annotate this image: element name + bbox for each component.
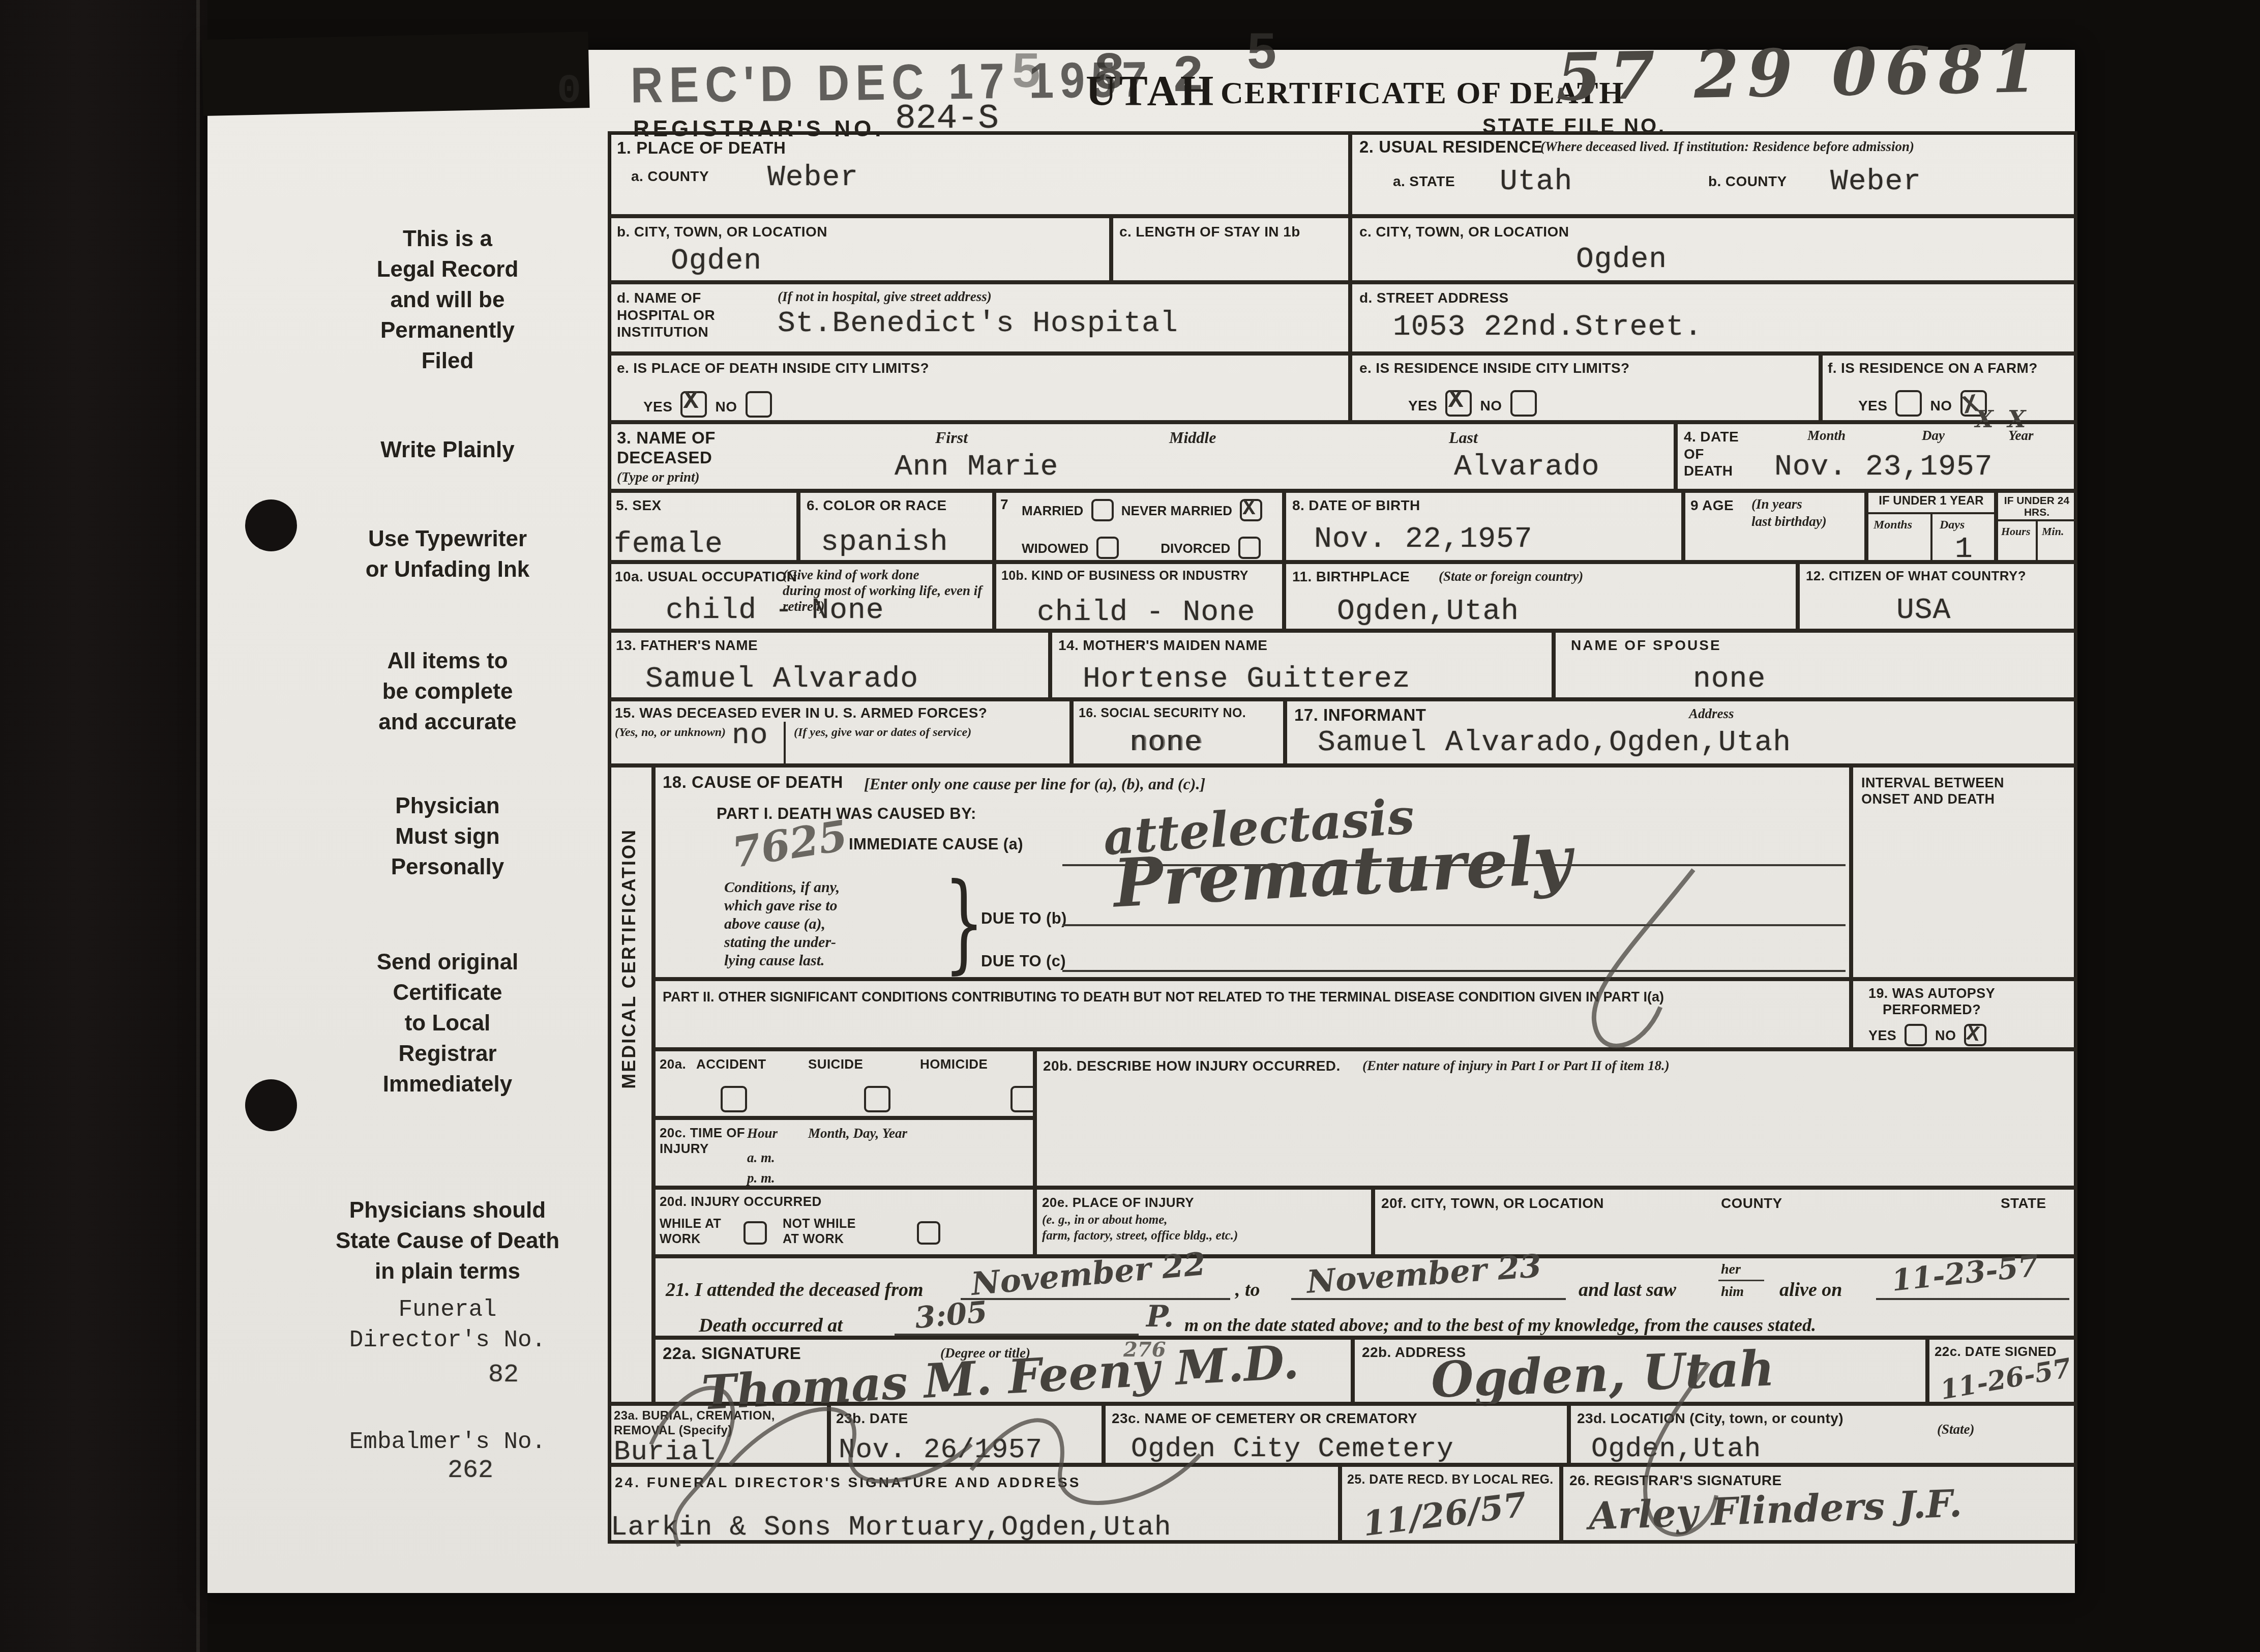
date-of-death-label: 4. DATE OF DEATH bbox=[1684, 428, 1739, 480]
age-hint: (In years last birthday) bbox=[1751, 496, 1827, 530]
interval-label: INTERVAL BETWEEN ONSET AND DEATH bbox=[1861, 775, 2004, 808]
place-limits-no-checkbox bbox=[746, 391, 772, 418]
place-limits-no-label: NO bbox=[716, 399, 737, 415]
injury-20f-label: 20f. CITY, TOWN, OR LOCATION bbox=[1381, 1195, 1604, 1212]
place-city-value: Ogden bbox=[671, 246, 762, 277]
field-name-of-deceased: 3. NAME OF DECEASED (Type or print) Firs… bbox=[608, 422, 1676, 491]
margin-note-legal-record: This is a Legal Record and will be Perma… bbox=[285, 224, 610, 376]
field-ssn: 16. SOCIAL SECURITY NO. none bbox=[1072, 699, 1285, 765]
her-label: her bbox=[1721, 1262, 1741, 1277]
suicide-label: SUICIDE bbox=[808, 1056, 863, 1072]
stamp-overstruck-5: 5 bbox=[1011, 49, 1042, 100]
margin-note-send-original: Send original Certificate to Local Regis… bbox=[285, 947, 610, 1100]
place-limits-yes-checkbox: X bbox=[680, 391, 707, 418]
informant-label: 17. INFORMANT bbox=[1294, 705, 1426, 725]
divorced-checkbox bbox=[1238, 537, 1261, 559]
autopsy-yes-label: YES bbox=[1868, 1028, 1896, 1043]
field-injury-occurred: 20d. INJURY OCCURRED WHILE AT WORK NOT W… bbox=[653, 1188, 1035, 1256]
field-accident-suicide-homicide: 20a. ACCIDENT SUICIDE HOMICIDE bbox=[653, 1049, 1035, 1118]
while-at-work-checkbox bbox=[744, 1221, 767, 1245]
sex-label: 5. SEX bbox=[616, 497, 662, 514]
usual-residence-hint: (Where deceased lived. If institution: R… bbox=[1540, 138, 1914, 156]
field-marital-status: 7 MARRIED NEVER MARRIED X WIDOWED DIVORC… bbox=[994, 491, 1284, 562]
days-label: Days bbox=[1940, 517, 1965, 533]
residence-city-label: c. CITY, TOWN, OR LOCATION bbox=[1359, 223, 1569, 241]
alive-date-value: 11-23-57 bbox=[1890, 1251, 2040, 1295]
location-state-hint: (State) bbox=[1937, 1421, 1975, 1438]
month-day-year-label: Month, Day, Year bbox=[808, 1125, 907, 1142]
field-father: 13. FATHER'S NAME Samuel Alvarado bbox=[608, 631, 1050, 699]
him-label: him bbox=[1721, 1285, 1744, 1299]
field-date-signed: 22c. DATE SIGNED 11-26-57 bbox=[1927, 1338, 2077, 1404]
attended-to-word: , to bbox=[1235, 1278, 1260, 1303]
date-received-value: 11/26/57 bbox=[1361, 1488, 1528, 1541]
autopsy-no-label: NO bbox=[1935, 1028, 1956, 1043]
armed-forces-label: 15. WAS DECEASED EVER IN U. S. ARMED FOR… bbox=[615, 704, 987, 722]
hour-label: Hour bbox=[747, 1125, 778, 1142]
never-married-checkbox: X bbox=[1240, 499, 1262, 521]
death-time-value: 3:05 bbox=[914, 1297, 989, 1333]
field-place-city: b. CITY, TOWN, OR LOCATION Ogden bbox=[608, 216, 1111, 282]
alive-on-text: alive on bbox=[1779, 1278, 1842, 1303]
citizen-value: USA bbox=[1896, 596, 1951, 627]
address-pen-tail-scribble bbox=[1556, 1348, 1760, 1561]
autopsy-no-checkbox: X bbox=[1964, 1024, 1986, 1046]
margin-note-plain-terms: Physicians should State Cause of Death i… bbox=[254, 1195, 641, 1287]
field-injury-city: 20f. CITY, TOWN, OR LOCATION COUNTY STAT… bbox=[1373, 1188, 2077, 1256]
field-attended-statement: 21. I attended the deceased from Novembe… bbox=[653, 1256, 2077, 1338]
field-industry: 10b. KIND OF BUSINESS OR INDUSTRY child … bbox=[994, 562, 1284, 631]
field-place-city-limits: e. IS PLACE OF DEATH INSIDE CITY LIMITS?… bbox=[608, 353, 1350, 422]
alive-date-line bbox=[1876, 1298, 2069, 1300]
father-value: Samuel Alvarado bbox=[645, 664, 918, 695]
embalmer-no-value: 262 bbox=[448, 1458, 493, 1485]
length-of-stay-label: c. LENGTH OF STAY IN 1b bbox=[1119, 223, 1300, 241]
embalmer-no-label: Embalmer's No. bbox=[275, 1427, 620, 1457]
field-length-of-stay: c. LENGTH OF STAY IN 1b bbox=[1111, 216, 1350, 282]
field-age: 9 AGE (In years last birthday) bbox=[1683, 491, 1866, 562]
dod-day-label: Day bbox=[1922, 427, 1945, 445]
residence-county-value: Weber bbox=[1830, 167, 1921, 198]
part1-label: PART I. DEATH WAS CAUSED BY: bbox=[717, 804, 976, 823]
dod-month-label: Month bbox=[1807, 427, 1846, 445]
not-while-at-work-label: NOT WHILE AT WORK bbox=[783, 1216, 856, 1247]
date-of-birth-value: Nov. 22,1957 bbox=[1314, 524, 1533, 555]
title-utah: UTAH bbox=[1086, 70, 1216, 113]
field-spouse: NAME OF SPOUSE none bbox=[1554, 631, 2077, 699]
death-ampm-value: P. bbox=[1146, 1302, 1174, 1331]
hospital-value: St.Benedict's Hospital bbox=[778, 309, 1178, 340]
armed-forces-divider bbox=[784, 722, 786, 763]
autopsy-label: 19. WAS AUTOPSY PERFORMED? bbox=[1868, 985, 1995, 1018]
attended-from-line bbox=[961, 1298, 1230, 1300]
injury-20a-number: 20a. bbox=[660, 1056, 686, 1072]
field-informant: 17. INFORMANT Address Samuel Alvarado,Og… bbox=[1285, 699, 2077, 765]
residence-city-limits-label: e. IS RESIDENCE INSIDE CITY LIMITS? bbox=[1359, 360, 1630, 377]
field-color-race: 6. COLOR OR RACE spanish bbox=[798, 491, 994, 562]
injury-20e-hint: (e. g., in or about home, farm, factory,… bbox=[1042, 1212, 1238, 1244]
residence-state-label: a. STATE bbox=[1393, 173, 1455, 190]
first-name-value: Ann Marie bbox=[895, 452, 1058, 483]
date-of-death-value: Nov. 23,1957 bbox=[1774, 452, 1993, 483]
hospital-label: d. NAME OF HOSPITAL OR INSTITUTION bbox=[617, 289, 715, 341]
usual-residence-label: 2. USUAL RESIDENCE bbox=[1359, 137, 1542, 157]
due-to-c-label: DUE TO (c) bbox=[981, 952, 1066, 970]
conditions-hint: Conditions, if any, which gave rise to a… bbox=[724, 878, 840, 970]
cause-of-death-label: 18. CAUSE OF DEATH bbox=[663, 773, 843, 792]
field-mother: 14. MOTHER'S MAIDEN NAME Hortense Guitte… bbox=[1050, 631, 1554, 699]
field-place-of-death: 1. PLACE OF DEATH a. COUNTY Weber bbox=[608, 131, 1350, 216]
last-name-label: Last bbox=[1449, 427, 1478, 448]
field-place-of-injury: 20e. PLACE OF INJURY (e. g., in or about… bbox=[1035, 1188, 1373, 1256]
date-signed-value: 11-26-57 bbox=[1938, 1355, 2073, 1404]
under24-col-divider bbox=[2036, 519, 2038, 560]
place-limits-yes-label: YES bbox=[643, 399, 672, 415]
sex-value: female bbox=[614, 529, 723, 560]
residence-limits-no-label: NO bbox=[1480, 398, 1502, 414]
industry-value: child - None bbox=[1037, 598, 1256, 629]
margin-note-physician-sign: Physician Must sign Personally bbox=[285, 791, 610, 882]
injury-20d-label: 20d. INJURY OCCURRED bbox=[660, 1194, 822, 1209]
field-age-under-1-year: IF UNDER 1 YEAR Months Days 1 bbox=[1866, 491, 1996, 562]
residence-state-value: Utah bbox=[1500, 167, 1572, 198]
injury-20e-label: 20e. PLACE OF INJURY bbox=[1042, 1195, 1194, 1211]
injury-20c-label: 20c. TIME OF INJURY bbox=[660, 1125, 745, 1157]
color-race-label: 6. COLOR OR RACE bbox=[807, 497, 947, 514]
am-label: a. m. bbox=[747, 1149, 775, 1167]
not-while-at-work-checkbox bbox=[917, 1221, 940, 1245]
medical-certification-label: MEDICAL CERTIFICATION bbox=[620, 829, 638, 1089]
book-seam bbox=[196, 0, 200, 1652]
spouse-value: none bbox=[1693, 664, 1766, 695]
left-black-band bbox=[0, 0, 207, 1652]
days-value: 1 bbox=[1955, 535, 1973, 566]
death-certificate-scan: This is a Legal Record and will be Perma… bbox=[0, 0, 2260, 1652]
never-married-mark: X bbox=[1242, 498, 1255, 519]
informant-address-label: Address bbox=[1689, 705, 1734, 723]
armed-forces-hint2: (If yes, give war or dates of service) bbox=[794, 725, 971, 740]
injury-state-label: STATE bbox=[2001, 1195, 2046, 1212]
min-label: Min. bbox=[2042, 524, 2064, 539]
margin-note-write-plainly: Write Plainly bbox=[285, 435, 610, 465]
field-street-address: d. STREET ADDRESS 1053 22nd.Street. bbox=[1350, 282, 2077, 353]
farm-yes-label: YES bbox=[1858, 398, 1887, 414]
top-edge-shadow bbox=[202, 32, 590, 116]
dod-year-label: Year bbox=[2008, 427, 2034, 445]
field-date-of-death: 4. DATE OF DEATH Month Day Year Nov. 23,… bbox=[1676, 422, 2077, 491]
while-at-work-label: WHILE AT WORK bbox=[660, 1216, 721, 1247]
accident-checkbox bbox=[721, 1086, 747, 1112]
street-address-value: 1053 22nd.Street. bbox=[1393, 312, 1703, 343]
place-city-label: b. CITY, TOWN, OR LOCATION bbox=[617, 223, 827, 241]
industry-label: 10b. KIND OF BUSINESS OR INDUSTRY bbox=[1001, 568, 1248, 583]
armed-forces-value: no bbox=[732, 721, 768, 752]
date-received-label: 25. DATE RECD. BY LOCAL REG. bbox=[1347, 1472, 1556, 1487]
residence-limits-yes-mark: X bbox=[1448, 388, 1463, 414]
spouse-label: NAME OF SPOUSE bbox=[1571, 637, 1721, 654]
injury-20b-label: 20b. DESCRIBE HOW INJURY OCCURRED. bbox=[1043, 1057, 1341, 1075]
under1-col-divider bbox=[1930, 512, 1932, 560]
father-label: 13. FATHER'S NAME bbox=[616, 637, 758, 654]
cause-code-handwritten: 7625 bbox=[729, 815, 850, 874]
ssn-label: 16. SOCIAL SECURITY NO. bbox=[1079, 705, 1246, 721]
residence-limits-yes-label: YES bbox=[1408, 398, 1437, 414]
field-sex: 5. SEX female bbox=[608, 491, 798, 562]
never-married-label: NEVER MARRIED bbox=[1121, 503, 1232, 518]
autopsy-yes-checkbox bbox=[1905, 1024, 1927, 1046]
field-autopsy: 19. WAS AUTOPSY PERFORMED? YES NO X bbox=[1851, 979, 2077, 1049]
field-date-received: 25. DATE RECD. BY LOCAL REG. 11/26/57 bbox=[1340, 1465, 1561, 1544]
margin-note-typewriter: Use Typewriter or Unfading Ink bbox=[275, 524, 620, 585]
field-date-of-birth: 8. DATE OF BIRTH Nov. 22,1957 bbox=[1284, 491, 1683, 562]
injury-county-label: COUNTY bbox=[1721, 1195, 1782, 1212]
cause-bracket-hint: [Enter only one cause per line for (a), … bbox=[864, 774, 1205, 794]
residence-county-label: b. COUNTY bbox=[1708, 173, 1787, 190]
married-label: MARRIED bbox=[1022, 503, 1083, 518]
birthplace-hint: (State or foreign country) bbox=[1439, 568, 1583, 585]
funeral-director-no-value: 82 bbox=[488, 1362, 519, 1389]
prematurely-pen-tail-scribble bbox=[1475, 854, 1739, 1088]
months-label: Months bbox=[1874, 517, 1912, 533]
under-24-hrs-label: IF UNDER 24 HRS. bbox=[1998, 495, 2075, 518]
medical-certification-strip: MEDICAL CERTIFICATION bbox=[608, 765, 653, 1404]
state-file-no-value: 57 29 0681 bbox=[1556, 37, 2046, 110]
mother-value: Hortense Guitterez bbox=[1083, 664, 1411, 695]
stamp-digit-5: 5 bbox=[1246, 28, 1277, 81]
marital-number: 7 bbox=[1000, 496, 1008, 513]
her-him-divider bbox=[1718, 1280, 1764, 1281]
faint-stamp-zero: 0 bbox=[557, 71, 581, 112]
conditions-brace: } bbox=[944, 869, 985, 976]
field-age-under-24-hrs: IF UNDER 24 HRS. Hours Min. bbox=[1996, 491, 2077, 562]
margin-note-all-items: All items to be complete and accurate bbox=[285, 646, 610, 737]
residence-limits-yes-checkbox: X bbox=[1445, 390, 1472, 417]
birthplace-label: 11. BIRTHPLACE bbox=[1292, 568, 1410, 585]
homicide-label: HOMICIDE bbox=[920, 1056, 988, 1072]
pm-label: p. m. bbox=[747, 1170, 775, 1187]
occupation-label: 10a. USUAL OCCUPATION bbox=[615, 568, 797, 585]
street-address-label: d. STREET ADDRESS bbox=[1359, 289, 1509, 307]
homicide-checkbox bbox=[1010, 1086, 1037, 1112]
armed-forces-hint1: (Yes, no, or unknown) bbox=[615, 725, 726, 740]
funeral-director-signature-scribble bbox=[610, 1333, 1373, 1587]
informant-value: Samuel Alvarado,Ogden,Utah bbox=[1318, 728, 1791, 759]
place-of-death-label: 1. PLACE OF DEATH bbox=[617, 138, 786, 158]
field-armed-forces: 15. WAS DECEASED EVER IN U. S. ARMED FOR… bbox=[608, 699, 1072, 765]
attended-from-date: November 22 bbox=[970, 1248, 1207, 1300]
farm-no-label: NO bbox=[1930, 398, 1952, 414]
immediate-cause-label: IMMEDIATE CAUSE (a) bbox=[849, 835, 1023, 853]
field-citizen: 12. CITIZEN OF WHAT COUNTRY? USA bbox=[1798, 562, 2077, 631]
place-county-label: a. COUNTY bbox=[631, 168, 709, 185]
under-1-year-label: IF UNDER 1 YEAR bbox=[1868, 495, 1994, 507]
residence-farm-label: f. IS RESIDENCE ON A FARM? bbox=[1828, 360, 2038, 377]
farm-yes-checkbox bbox=[1895, 390, 1922, 417]
widowed-label: WIDOWED bbox=[1022, 541, 1088, 556]
field-interval: INTERVAL BETWEEN ONSET AND DEATH bbox=[1851, 765, 2077, 979]
field-residence-city: c. CITY, TOWN, OR LOCATION Ogden bbox=[1350, 216, 2077, 282]
mother-label: 14. MOTHER'S MAIDEN NAME bbox=[1058, 637, 1267, 654]
age-label: 9 AGE bbox=[1690, 497, 1734, 514]
widowed-checkbox bbox=[1096, 537, 1119, 559]
residence-city-value: Ogden bbox=[1576, 245, 1667, 276]
first-name-label: First bbox=[935, 427, 968, 448]
ssn-value: none bbox=[1129, 728, 1202, 759]
last-name-value: Alvarado bbox=[1454, 452, 1599, 483]
field-usual-residence: 2. USUAL RESIDENCE (Where deceased lived… bbox=[1350, 131, 2077, 216]
place-city-limits-label: e. IS PLACE OF DEATH INSIDE CITY LIMITS? bbox=[617, 360, 929, 377]
hours-label: Hours bbox=[2001, 524, 2030, 539]
accident-label: ACCIDENT bbox=[696, 1056, 766, 1072]
due-to-b-label: DUE TO (b) bbox=[981, 909, 1067, 928]
birthplace-value: Ogden,Utah bbox=[1337, 597, 1519, 628]
date-of-birth-label: 8. DATE OF BIRTH bbox=[1292, 497, 1420, 514]
last-saw-text: and last saw bbox=[1579, 1278, 1676, 1303]
middle-name-label: Middle bbox=[1169, 427, 1216, 448]
suicide-checkbox bbox=[864, 1086, 890, 1112]
field-residence-farm: f. IS RESIDENCE ON A FARM? YES NO X X X bbox=[1821, 353, 2077, 422]
field-occupation: 10a. USUAL OCCUPATION (Give kind of work… bbox=[608, 562, 994, 631]
occupation-value: child - None bbox=[666, 596, 884, 627]
hospital-hint: (If not in hospital, give street address… bbox=[778, 288, 992, 306]
place-limits-yes-mark: X bbox=[683, 389, 698, 415]
autopsy-no-mark: X bbox=[1965, 1023, 1981, 1046]
field-time-of-injury: 20c. TIME OF INJURY Hour Month, Day, Yea… bbox=[653, 1118, 1035, 1188]
type-or-print-hint: (Type or print) bbox=[617, 469, 699, 486]
attended-pre-text: 21. I attended the deceased from bbox=[666, 1278, 924, 1303]
divorced-label: DIVORCED bbox=[1161, 541, 1230, 556]
residence-limits-no-checkbox bbox=[1510, 390, 1537, 417]
attended-to-date: November 23 bbox=[1305, 1250, 1542, 1298]
color-race-value: spanish bbox=[821, 527, 948, 558]
funeral-director-no-label: Funeral Director's No. bbox=[275, 1294, 620, 1355]
attended-to-line bbox=[1291, 1298, 1566, 1300]
field-birthplace: 11. BIRTHPLACE (State or foreign country… bbox=[1284, 562, 1798, 631]
field-residence-city-limits: e. IS RESIDENCE INSIDE CITY LIMITS? YES … bbox=[1350, 353, 1821, 422]
field-hospital: d. NAME OF HOSPITAL OR INSTITUTION (If n… bbox=[608, 282, 1350, 353]
received-date-stamp: REC'D DEC 17 1957 bbox=[631, 54, 1153, 111]
citizen-label: 12. CITIZEN OF WHAT COUNTRY? bbox=[1806, 568, 2026, 584]
married-checkbox bbox=[1091, 499, 1114, 521]
name-of-deceased-label: 3. NAME OF DECEASED bbox=[617, 428, 716, 468]
place-county-value: Weber bbox=[767, 163, 858, 194]
